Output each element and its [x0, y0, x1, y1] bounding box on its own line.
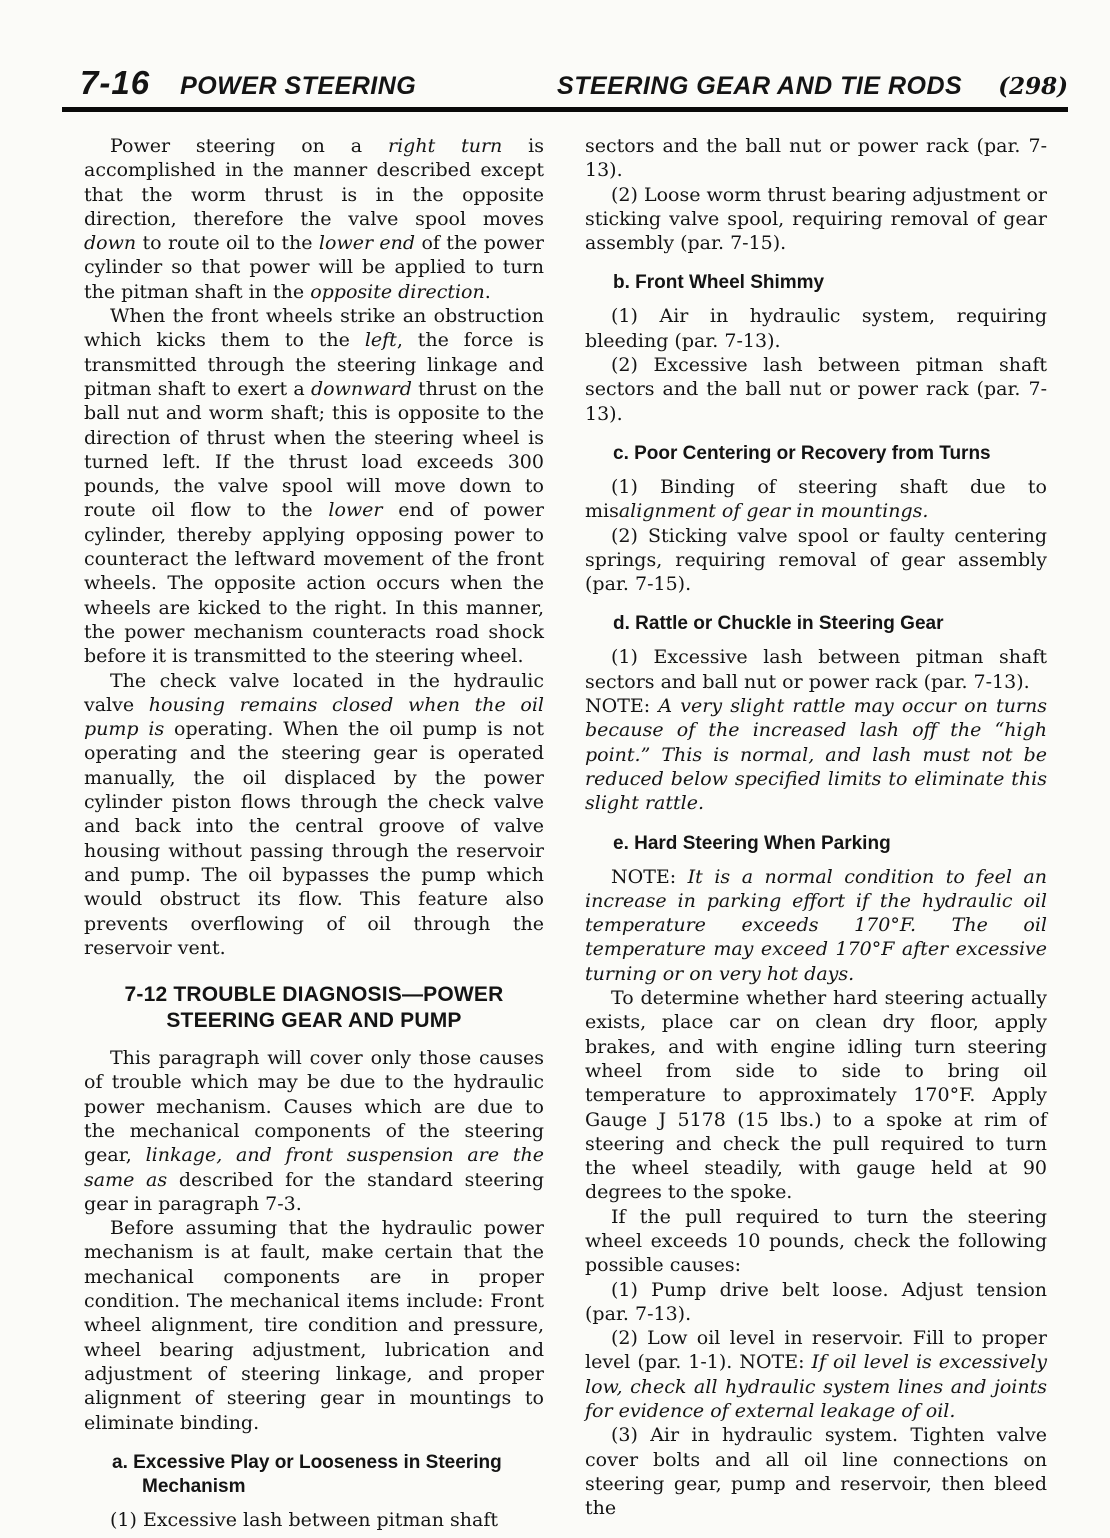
paragraph: (1) Pump drive belt loose. Adjust tensio… — [585, 1278, 1047, 1327]
paragraph: (2) Low oil level in reservoir. Fill to … — [585, 1326, 1047, 1423]
subheading: c. Poor Centering or Recovery from Turns — [585, 442, 1047, 466]
paragraph: (2) Sticking valve spool or faulty cente… — [585, 524, 1047, 597]
paragraph: (3) Air in hydraulic system. Tighten val… — [585, 1423, 1047, 1520]
page-number: (298) — [998, 73, 1068, 100]
subheading: b. Front Wheel Shimmy — [585, 271, 1047, 295]
section-heading-line: STEERING GEAR AND PUMP — [84, 1008, 544, 1034]
paragraph: This paragraph will cover only those cau… — [84, 1046, 544, 1216]
paragraph: To determine whether hard steering actua… — [585, 986, 1047, 1205]
paragraph: (1) Excessive lash between pitman shaft … — [585, 645, 1047, 694]
paragraph: (1) Air in hydraulic system, requiring b… — [585, 304, 1047, 353]
paragraph: (2) Excessive lash between pitman shaft … — [585, 353, 1047, 426]
paragraph: Before assuming that the hydraulic power… — [84, 1216, 544, 1435]
right-column: sectors and the ball nut or power rack (… — [585, 134, 1047, 1521]
left-running-title: POWER STEERING — [180, 72, 416, 101]
page-header: 7-16 POWER STEERING STEERING GEAR AND TI… — [80, 64, 1068, 102]
header-rule — [62, 107, 1068, 112]
right-running-title: STEERING GEAR AND TIE RODS — [557, 72, 962, 101]
paragraph: NOTE: It is a normal condition to feel a… — [585, 865, 1047, 986]
header-right-group: STEERING GEAR AND TIE RODS (298) — [557, 72, 1068, 101]
section-heading-line: 7-12 TROUBLE DIAGNOSIS—POWER — [84, 982, 544, 1008]
document-page: 7-16 POWER STEERING STEERING GEAR AND TI… — [0, 0, 1110, 1538]
paragraph: The check valve located in the hydraulic… — [84, 669, 544, 961]
header-left-group: 7-16 POWER STEERING — [80, 64, 416, 102]
left-column: Power steering on a right turn is accomp… — [84, 134, 544, 1532]
paragraph: When the front wheels strike an obstruct… — [84, 304, 544, 668]
section-number: 7-16 — [80, 64, 150, 102]
paragraph: Power steering on a right turn is accomp… — [84, 134, 544, 304]
paragraph: (1) Excessive lash between pitman shaft — [84, 1508, 544, 1532]
subheading: a. Excessive Play or Looseness in Steeri… — [84, 1451, 544, 1499]
subheading: d. Rattle or Chuckle in Steering Gear — [585, 612, 1047, 636]
paragraph: sectors and the ball nut or power rack (… — [585, 134, 1047, 183]
paragraph: NOTE: A very slight rattle may occur on … — [585, 694, 1047, 815]
subheading: e. Hard Steering When Parking — [585, 832, 1047, 856]
section-heading: 7-12 TROUBLE DIAGNOSIS—POWERSTEERING GEA… — [84, 982, 544, 1034]
paragraph: If the pull required to turn the steerin… — [585, 1205, 1047, 1278]
paragraph: (2) Loose worm thrust bearing adjustment… — [585, 183, 1047, 256]
paragraph: (1) Binding of steering shaft due to mis… — [585, 475, 1047, 524]
